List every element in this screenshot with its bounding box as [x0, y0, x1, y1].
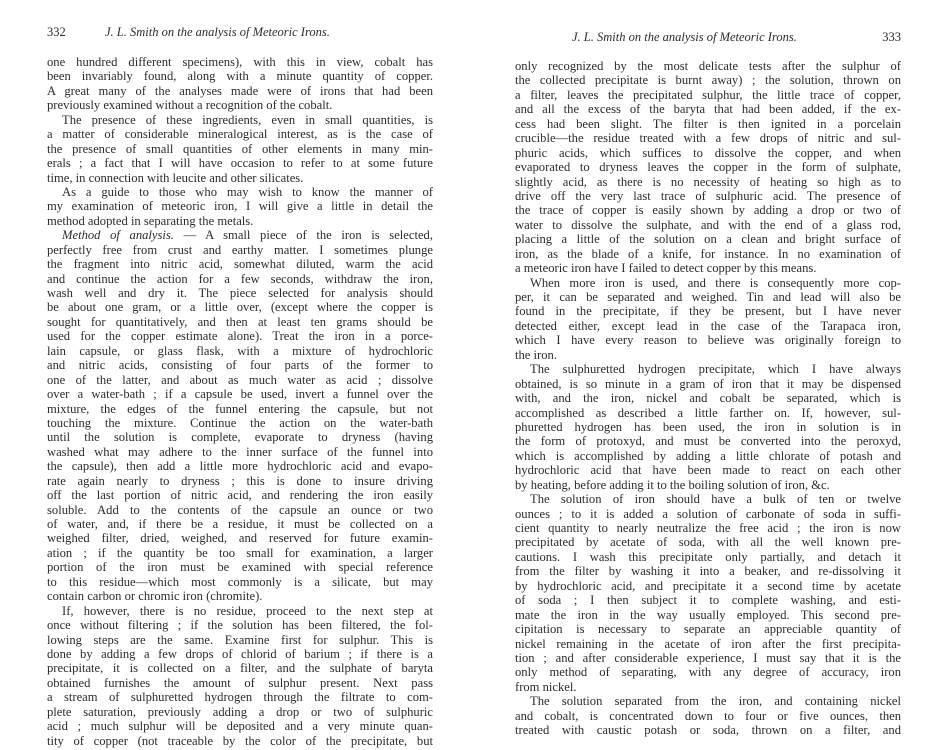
text-line: As a guide to those who may wish to know…: [47, 185, 433, 199]
page-number: 332: [47, 25, 66, 40]
text-line: cess had been slight. The filter is then…: [515, 117, 901, 131]
text-line: water to dissolve the sulphate, and with…: [515, 218, 901, 232]
text-line: detected either, except lead in the case…: [515, 319, 901, 333]
text-line: mate the iron in the way usually employe…: [515, 608, 901, 622]
text-line: be about one gram, or a little over, (ex…: [47, 300, 433, 314]
text-line: soluble. Add to the contents of the caps…: [47, 503, 433, 517]
text-line: erals ; a fact that I will have occasion…: [47, 156, 433, 170]
text-line: a filter, leaves the precipitated sulphu…: [515, 88, 901, 102]
text-line: per, it can be separated and weighed. Ti…: [515, 290, 901, 304]
text-line: mixture, the edges of the funnel enterin…: [47, 402, 433, 416]
running-head: J. L. Smith on the analysis of Meteoric …: [572, 30, 797, 45]
text-line: wash well and dry it. The piece selected…: [47, 286, 433, 300]
text-line: The sulphuretted hydrogen precipitate, w…: [515, 362, 901, 376]
text-line: until the solution is complete, evaporat…: [47, 430, 433, 444]
text-line: over a water-bath ; if a capsule be used…: [47, 387, 433, 401]
text-line: perfectly free from crust and earthy mat…: [47, 243, 433, 257]
text-line: previously examined without a recognitio…: [47, 98, 433, 112]
text-line: hydrochloric acid that have been made to…: [515, 463, 901, 477]
text-line: the capsule), then add a little more hyd…: [47, 459, 433, 473]
text-line: one of the latter, and about as much wat…: [47, 373, 433, 387]
text-line: of soda ; I then subject it to complete …: [515, 593, 901, 607]
text-line: obtained furnishes the amount of sulphur…: [47, 676, 433, 690]
italic-run-in-heading: Method of analysis.: [62, 228, 174, 242]
text-line: a meteoric iron have I failed to detect …: [515, 261, 901, 275]
text-line: plete saturation, previously adding a dr…: [47, 705, 433, 719]
text-line: crucible—the residue treated with a few …: [515, 131, 901, 145]
text-line: the trace of copper is easily shown by a…: [515, 203, 901, 217]
text-line: obtained, is so minute in a gram of iron…: [515, 377, 901, 391]
text-line: tity of copper (not traceable by the col…: [47, 734, 433, 748]
text-line: evaporated to dryness leaves the copper …: [515, 160, 901, 174]
text-line: been invariably found, along with a minu…: [47, 69, 433, 83]
left-page-body: one hundred different specimens), with t…: [47, 55, 433, 748]
text-line: precipitated by acetate of soda, with al…: [515, 535, 901, 549]
text-line: and continue the action for a few second…: [47, 272, 433, 286]
text-line: lowing steps are the same. Examine first…: [47, 633, 433, 647]
right-page-body: only recognized by the most delicate tes…: [515, 59, 901, 738]
text-line: by hydrochloric acid, and precipitate it…: [515, 579, 901, 593]
text-line: slightly acid, as there is no necessity …: [515, 175, 901, 189]
text-line: phuretted hydrogen has been used, the ir…: [515, 420, 901, 434]
text-line: iron, as the blade of a knife, for insta…: [515, 247, 901, 261]
text-line: only method of separating, with any degr…: [515, 665, 901, 679]
left-page-header: 332 J. L. Smith on the analysis of Meteo…: [47, 25, 433, 41]
text-line: The solution separated from the iron, an…: [515, 694, 901, 708]
text-line: placing a little of the solution on a cl…: [515, 232, 901, 246]
text-line: ation ; if the quantity be too small for…: [47, 546, 433, 560]
text-line: precipitate, it is collected on a filter…: [47, 661, 433, 675]
text-line: lain capsule, or glass flask, with a mix…: [47, 344, 433, 358]
text-line: a matter of considerable mineralogical i…: [47, 127, 433, 141]
text-line: from the filter by washing it into a bea…: [515, 564, 901, 578]
text-line: Method of analysis. — A small piece of t…: [47, 228, 433, 242]
text-line: contain carbon or chromic iron (chromite…: [47, 589, 433, 603]
right-page-header: J. L. Smith on the analysis of Meteoric …: [515, 30, 901, 46]
text-line: tion ; and after considerable experience…: [515, 651, 901, 665]
text-line: cient quantity to nearly neutralize the …: [515, 521, 901, 535]
text-line: the presence of small quantities of othe…: [47, 142, 433, 156]
text-line: nickel remaining in the acetate of iron …: [515, 637, 901, 651]
text-line: off the last portion of nitric acid, and…: [47, 488, 433, 502]
text-line: one hundred different specimens), with t…: [47, 55, 433, 69]
text-line: by heating, before adding it to the boil…: [515, 478, 901, 492]
text-line: once without filtering ; if the solution…: [47, 618, 433, 632]
text-line: the form of protoxyd, and must be conver…: [515, 434, 901, 448]
text-line: treated with caustic potash or soda, thr…: [515, 723, 901, 737]
text-line: touching the mixture. Continue the actio…: [47, 416, 433, 430]
text-line: acid ; much sulphur will be deposited an…: [47, 719, 433, 733]
text-line: time, in connection with leucite and oth…: [47, 171, 433, 185]
text-line: When more iron is used, and there is con…: [515, 276, 901, 290]
text-line: and all the excess of the baryta that ha…: [515, 102, 901, 116]
text-line: from nickel.: [515, 680, 901, 694]
text-line: which I have every reason to believe was…: [515, 333, 901, 347]
text-line: portion of the iron must be examined wit…: [47, 560, 433, 574]
text-line: sought for quantitatively, and then at l…: [47, 315, 433, 329]
text-line: and nitric acids, consisting of four par…: [47, 358, 433, 372]
text-line: The presence of these ingredients, even …: [47, 113, 433, 127]
running-head: J. L. Smith on the analysis of Meteoric …: [105, 25, 330, 40]
text-line: to this residue—which most commonly is a…: [47, 575, 433, 589]
text-line: and cobalt, is concentrated down to four…: [515, 709, 901, 723]
text-line: method adopted in separating the metals.: [47, 214, 433, 228]
page-number: 333: [882, 30, 901, 45]
text-line: If, however, there is no residue, procee…: [47, 604, 433, 618]
text-line: A great many of the analyses made were o…: [47, 84, 433, 98]
text-line: cautions. I wash this precipitate only p…: [515, 550, 901, 564]
text-line: of water, and, if there be a residue, it…: [47, 517, 433, 531]
text-line: which is accomplished by adding a little…: [515, 449, 901, 463]
text-line: with, and the iron, nickel and cobalt be…: [515, 391, 901, 405]
text-line: the fragment into nitric acid, somewhat …: [47, 257, 433, 271]
text-line: rate again nearly to dryness ; this is d…: [47, 474, 433, 488]
text-line: only recognized by the most delicate tes…: [515, 59, 901, 73]
text-line: used for the copper estimate alone). Tre…: [47, 329, 433, 343]
text-line: weighed filter, dried, weighed, and rese…: [47, 531, 433, 545]
text-line: accomplished as described a little farth…: [515, 406, 901, 420]
text-line: ounces ; to it is added a solution of ca…: [515, 507, 901, 521]
text-line: the collected precipitate is burnt away)…: [515, 73, 901, 87]
text-line: the iron.: [515, 348, 901, 362]
text-line: washed what may adhere to the inner surf…: [47, 445, 433, 459]
text-line: phuric acids, which suffices to dissolve…: [515, 146, 901, 160]
text-line: cipitation is necessary to separate an a…: [515, 622, 901, 636]
text-line: found in the precipitate, if they be pre…: [515, 304, 901, 318]
text-line: a stream of sulphuretted hydrogen throug…: [47, 690, 433, 704]
text-line: done by adding a few drops of chlorid of…: [47, 647, 433, 661]
text-line: my examination of meteoric iron, I will …: [47, 199, 433, 213]
text-line: The solution of iron should have a bulk …: [515, 492, 901, 506]
text-line: drive off the very last trace of sulphur…: [515, 189, 901, 203]
